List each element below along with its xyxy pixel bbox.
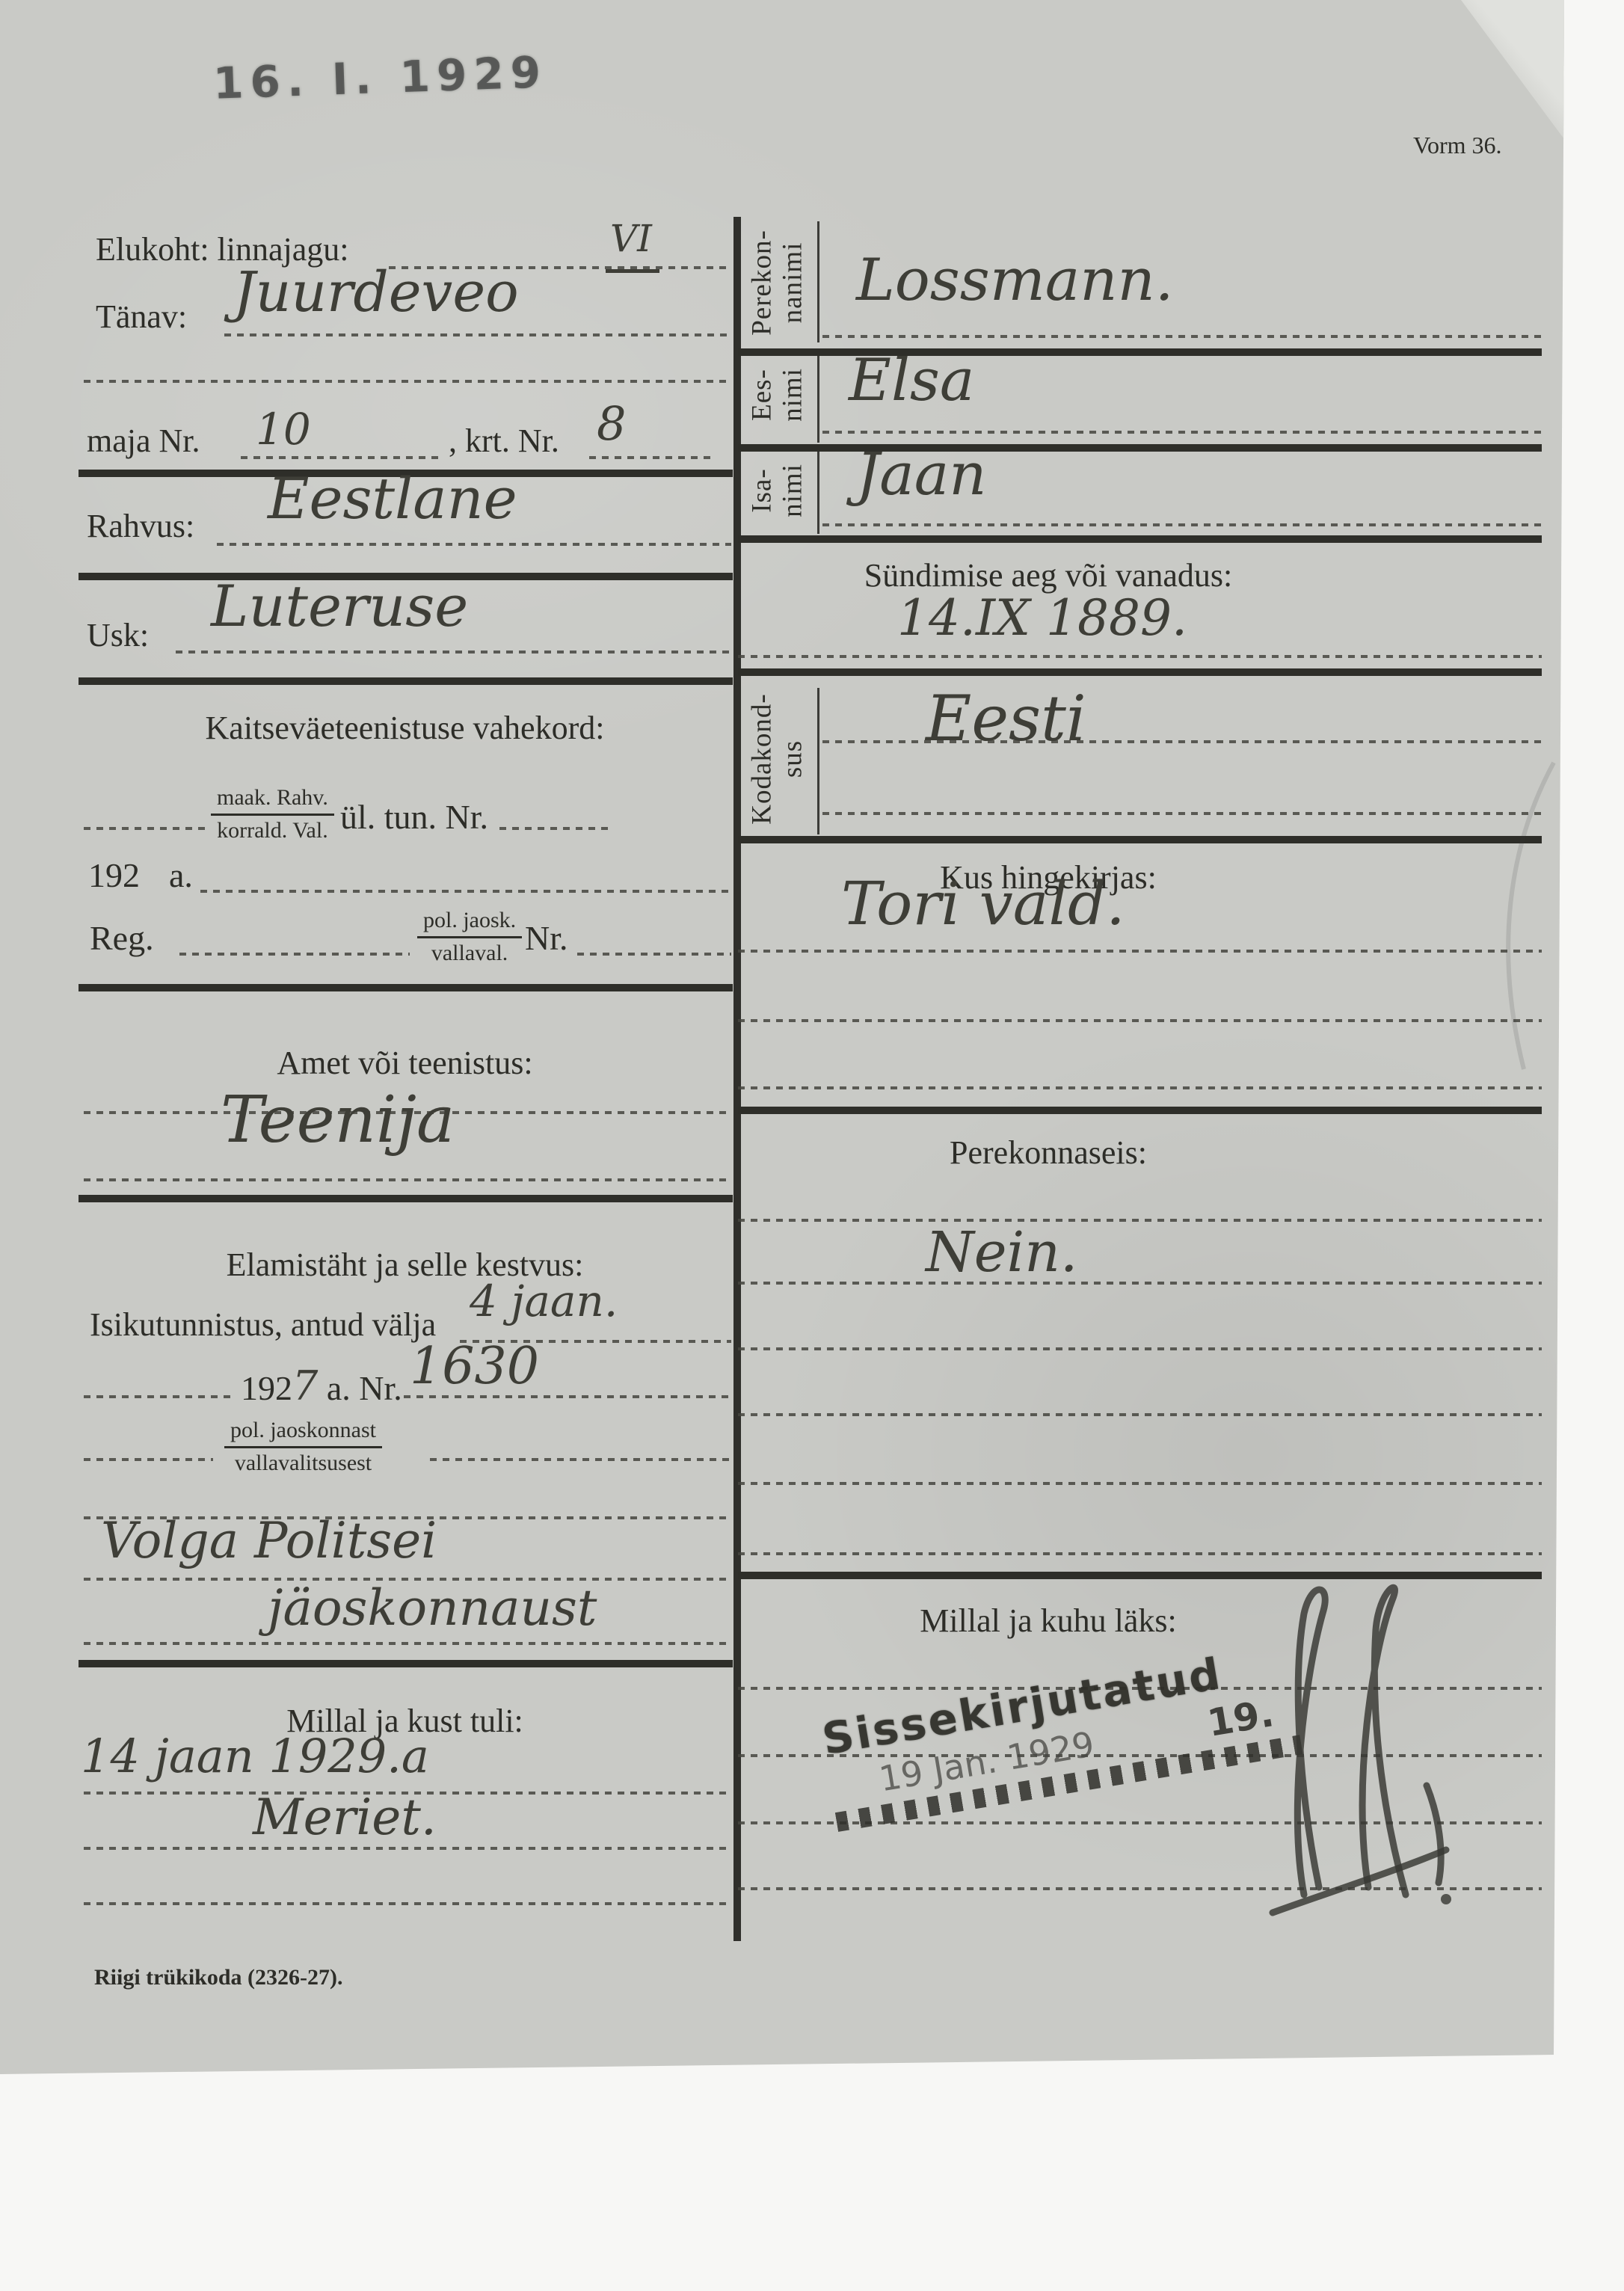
rahvus-value: Eestlane [268, 465, 517, 532]
military-fraction-2: pol. jaosk. vallaval. [417, 908, 522, 966]
dotted-line [84, 1847, 731, 1850]
krt-label: , krt. Nr. [449, 422, 559, 460]
military-year-suffix: a. [169, 855, 193, 895]
vertical-label-line: nimi [778, 368, 808, 422]
fraction-top-text: pol. jaoskonnast [224, 1418, 382, 1448]
parish-register-value: Tori vald. [841, 869, 1125, 938]
divider-line [738, 535, 1542, 543]
dotted-line [577, 953, 731, 956]
id-a-nr-label: a. Nr. [327, 1369, 402, 1407]
marital-status-value: Nein. [926, 1220, 1077, 1285]
arrival-place-value: Meriet. [253, 1789, 437, 1846]
krt-value: 8 [597, 396, 626, 451]
dotted-line [179, 953, 410, 956]
signature [1250, 1561, 1497, 1920]
divider-line [79, 677, 733, 685]
label-separator-line [817, 221, 819, 342]
printer-note: Riigi trükikoda (2326-27). [94, 1965, 343, 1990]
tanav-label: Tänav: [96, 298, 187, 336]
divider-line [79, 1660, 733, 1667]
dotted-line [404, 1395, 731, 1398]
firstname-vertical-label: Ees- nimi [747, 368, 808, 422]
vertical-label-line: nimi [778, 464, 808, 517]
dotted-line [738, 950, 1542, 953]
dotted-line [241, 456, 441, 459]
dotted-line [738, 1413, 1542, 1416]
rahvus-label: Rahvus: [87, 507, 194, 545]
divider-line [738, 668, 1542, 676]
column-divider [733, 217, 741, 1941]
vertical-label-line: Ees- [747, 368, 778, 422]
fathername-vertical-label: Isa- nimi [747, 464, 808, 517]
dotted-line [822, 431, 1542, 434]
dotted-line [738, 1219, 1542, 1222]
id-year-row: 1927 a. Nr. [241, 1362, 402, 1409]
scanned-registration-form: 16. I. 1929 Vorm 36. Elukoht: linnajagu:… [0, 0, 1624, 2291]
issuer-hand-line2: jäoskonnaust [268, 1579, 597, 1637]
maja-value: 10 [256, 404, 311, 455]
fraction-bottom-text: vallaval. [417, 938, 522, 967]
id-issued-label: Isikutunnistus, antud välja [90, 1306, 436, 1344]
residence-permit-heading: Elamistäht ja selle kestvus: [79, 1246, 731, 1284]
paper-sheet: 16. I. 1929 Vorm 36. Elukoht: linnajagu:… [0, 0, 1564, 2079]
fraction-bottom-text: vallavalitsusest [224, 1448, 382, 1477]
id-number-value: 1630 [410, 1337, 539, 1396]
dotted-line [738, 655, 1542, 658]
vertical-label-line: sus [778, 693, 808, 824]
occupation-value: Teenija [221, 1083, 455, 1157]
fraction-top-text: pol. jaosk. [417, 908, 522, 938]
vertical-label-line: Kodakond- [747, 693, 778, 824]
elukoht-value: VI [610, 217, 652, 260]
issuer-hand-line1: Volga Politsei [101, 1512, 437, 1569]
usk-value: Luteruse [211, 573, 468, 639]
dotted-line [738, 1347, 1542, 1350]
dotted-line [84, 827, 206, 830]
dotted-line [224, 333, 731, 336]
dotted-line [217, 543, 731, 546]
citizenship-vertical-label: Kodakond- sus [747, 693, 808, 824]
id-year-printed: 192 [241, 1369, 292, 1407]
dotted-line [738, 1086, 1542, 1089]
divider-line [738, 836, 1542, 843]
dotted-line [499, 827, 613, 830]
military-tun-nr-label: ül. tun. Nr. [340, 797, 488, 837]
surname-value: Lossmann. [856, 247, 1174, 314]
fraction-bottom-text: korrald. Val. [211, 816, 334, 844]
fathername-value: Jaan [856, 441, 987, 508]
label-separator-line [817, 688, 819, 834]
id-year-hand-digit: 7 [292, 1362, 318, 1409]
form-number: Vorm 36. [1413, 132, 1502, 159]
dotted-line [589, 456, 715, 459]
maja-label: maja Nr. [87, 422, 200, 460]
dotted-line [176, 651, 731, 654]
dotted-line [84, 1642, 731, 1645]
military-fraction-1: maak. Rahv. korrald. Val. [211, 785, 334, 843]
dotted-line [822, 523, 1542, 526]
military-reg-label: Reg. [90, 918, 154, 958]
dotted-line [84, 1902, 731, 1905]
dotted-line [200, 890, 731, 893]
firstname-value: Elsa [849, 347, 974, 414]
surname-vertical-label: Perekon- nanimi [747, 230, 808, 336]
military-nr-label: Nr. [525, 918, 568, 958]
label-separator-line [817, 353, 819, 443]
dotted-line [738, 1019, 1542, 1022]
birthdate-value: 14.IX 1889. [897, 589, 1187, 647]
usk-label: Usk: [87, 616, 149, 654]
marital-status-heading: Perekonnaseis: [738, 1134, 1359, 1172]
dotted-line [738, 1482, 1542, 1485]
dotted-line [84, 380, 731, 383]
dotted-line [822, 335, 1542, 338]
fraction-top-text: maak. Rahv. [211, 785, 334, 816]
dotted-line [822, 812, 1542, 815]
vertical-label-line: nanimi [778, 230, 808, 336]
dotted-line [84, 1395, 233, 1398]
dotted-line [84, 1178, 731, 1181]
military-section-heading: Kaitseväeteenistuse vahekord: [79, 709, 731, 747]
divider-line [738, 1107, 1542, 1114]
dotted-line [84, 1458, 213, 1461]
vertical-label-line: Perekon- [747, 230, 778, 336]
label-separator-line [817, 450, 819, 534]
tanav-value: Juurdeveo [233, 260, 519, 325]
dotted-line [430, 1458, 731, 1461]
vertical-label-line: Isa- [747, 464, 778, 517]
occupation-heading: Amet või teenistus: [79, 1044, 731, 1082]
divider-line [79, 984, 733, 991]
elukoht-value-underline [606, 269, 659, 273]
citizenship-value: Eesti [926, 682, 1086, 755]
arrival-date-value: 14 jaan 1929.a [81, 1729, 429, 1783]
pencil-mark [1442, 755, 1569, 1077]
id-issued-date-value: 4 jaan. [470, 1276, 618, 1326]
divider-line [79, 1195, 733, 1202]
issuer-fraction: pol. jaoskonnast vallavalitsusest [224, 1418, 382, 1476]
dotted-line [738, 1552, 1542, 1555]
military-year-prefix: 192 [88, 855, 140, 895]
dotted-line [738, 1282, 1542, 1285]
